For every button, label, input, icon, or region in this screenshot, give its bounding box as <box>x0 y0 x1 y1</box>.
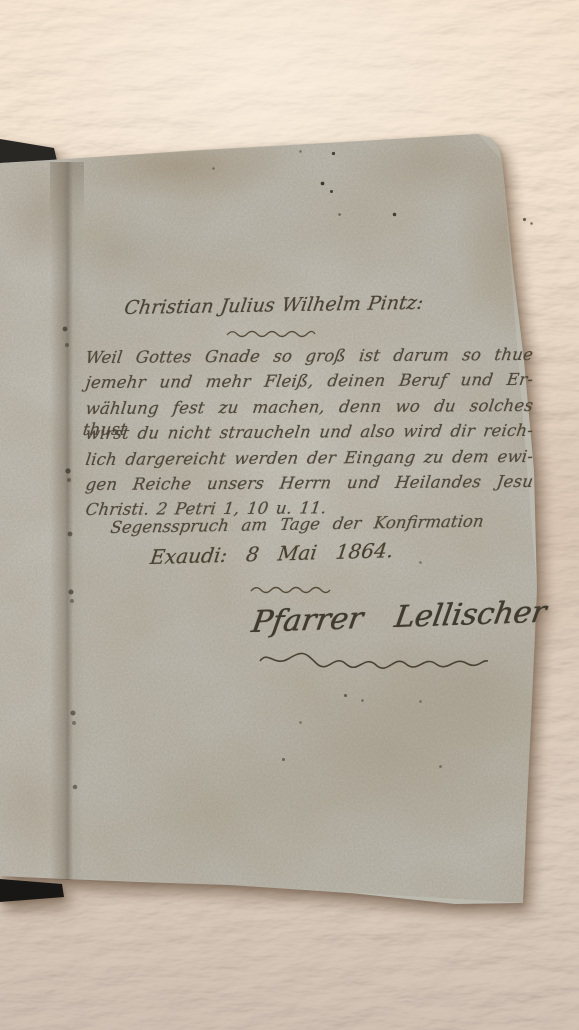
scripture-line: jemehr und mehr Fleiß, deinen Beruf und … <box>84 370 534 394</box>
flourish-under-name <box>226 329 318 339</box>
scripture-line: Weil Gottes Gnade so groß ist darum so t… <box>84 345 534 369</box>
flourish-under-date <box>250 584 338 596</box>
photo-scene: Christian Julius Wilhelm Pintz: Weil Got… <box>0 0 579 1030</box>
handwritten-inscription: Christian Julius Wilhelm Pintz: Weil Got… <box>0 0 579 1030</box>
pastor-signature: Pfarrer Lellischer <box>249 594 549 642</box>
date-line: Exaudi: 8 Mai 1864. <box>149 538 395 570</box>
antique-book: Christian Julius Wilhelm Pintz: Weil Got… <box>0 0 579 1030</box>
scripture-line: wirst du nicht straucheln und also wird … <box>84 421 534 445</box>
signature-flourish <box>258 652 490 670</box>
recipient-name-line: Christian Julius Wilhelm Pintz: <box>123 292 425 321</box>
scripture-line: lich dargereicht werden der Eingang zu d… <box>84 447 534 471</box>
scripture-line: gen Reiche unsers Herrn und Heilandes Je… <box>84 472 534 496</box>
